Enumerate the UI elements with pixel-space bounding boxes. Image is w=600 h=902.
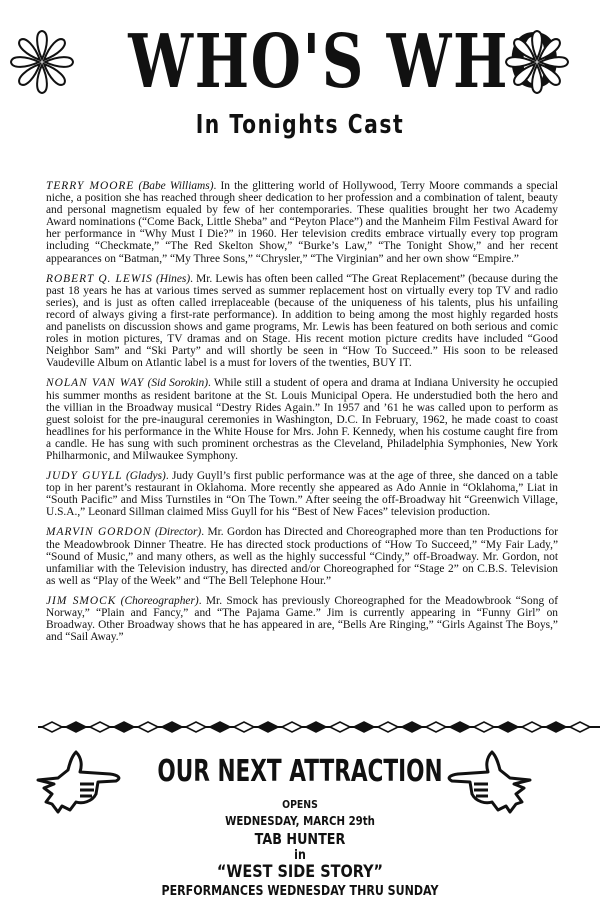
- flower-ornament-icon: [503, 28, 571, 96]
- bio-role: (Hines): [156, 273, 190, 285]
- page-title: WHO'S WHO: [128, 12, 456, 112]
- bio-role: (Choreographer): [121, 595, 199, 607]
- bio-name: JUDY GUYLL: [46, 470, 123, 482]
- bio-nolan-van-way: NOLAN VAN WAY (Sid Sorokin). While still…: [46, 377, 558, 462]
- bio-name: MARVIN GORDON: [46, 526, 151, 538]
- bio-judy-guyll: JUDY GUYLL (Gladys). Judy Guyll’s first …: [46, 470, 558, 518]
- bio-robert-q-lewis: ROBERT Q. LEWIS (Hines). Mr. Lewis has o…: [46, 273, 558, 370]
- bio-name: NOLAN VAN WAY: [46, 377, 144, 389]
- bio-name: ROBERT Q. LEWIS: [46, 273, 153, 285]
- promo-in: in: [45, 848, 555, 863]
- bio-jim-smock: JIM SMOCK (Choreographer). Mr. Smock has…: [46, 595, 558, 643]
- bio-text: . Mr. Lewis has often been called “The G…: [46, 273, 558, 370]
- bio-name: TERRY MOORE: [46, 180, 134, 192]
- promo-star: TAB HUNTER: [45, 830, 555, 848]
- bio-text: . In the glittering world of Hollywood, …: [46, 180, 558, 265]
- bio-marvin-gordon: MARVIN GORDON (Director). Mr. Gordon has…: [46, 526, 558, 586]
- bio-text: . While still a student of opera and dra…: [46, 377, 558, 462]
- flower-ornament-icon: [8, 28, 76, 96]
- bio-role: (Director): [155, 526, 201, 538]
- header: WHO'S WHO In Tonights Cast: [0, 0, 600, 160]
- promo-opens: OPENS: [45, 798, 555, 811]
- promo-schedule: PERFORMANCES WEDNESDAY THRU SUNDAY: [45, 884, 555, 899]
- cast-bios: TERRY MOORE (Babe Williams). In the glit…: [46, 180, 558, 651]
- promo-show: “WEST SIDE STORY”: [45, 862, 555, 882]
- bio-text: . Judy Guyll’s first public performance …: [46, 470, 558, 518]
- page-subtitle: In Tonights Cast: [66, 110, 534, 140]
- bio-role: (Babe Williams): [139, 180, 214, 192]
- bio-role: (Gladys): [126, 470, 166, 482]
- bio-terry-moore: TERRY MOORE (Babe Williams). In the glit…: [46, 180, 558, 265]
- promo-date: WEDNESDAY, MARCH 29th: [45, 814, 555, 828]
- next-attraction: OUR NEXT ATTRACTION OPENS WEDNESDAY, MAR…: [0, 740, 600, 902]
- bio-name: JIM SMOCK: [46, 595, 116, 607]
- bio-role: (Sid Sorokin): [148, 377, 208, 389]
- diamond-divider: [38, 718, 600, 736]
